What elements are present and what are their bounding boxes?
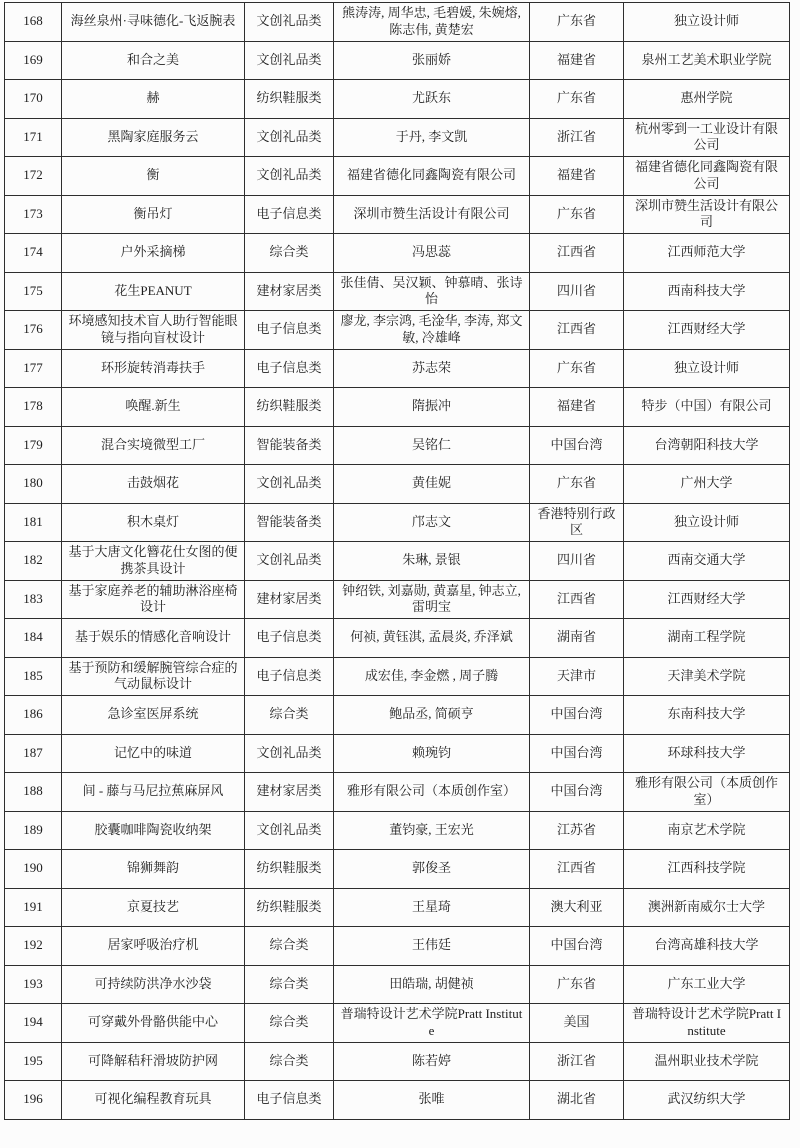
cell-category: 智能装备类 xyxy=(245,426,334,465)
cell-category: 电子信息类 xyxy=(245,619,334,658)
cell-province: 广东省 xyxy=(530,349,624,388)
cell-institution: 独立设计师 xyxy=(624,3,790,42)
cell-province: 中国台湾 xyxy=(530,927,624,966)
cell-name: 锦狮舞韵 xyxy=(62,850,245,889)
cell-no: 193 xyxy=(5,965,62,1004)
cell-institution: 天津美术学院 xyxy=(624,657,790,696)
cell-category: 综合类 xyxy=(245,234,334,273)
cell-province: 广东省 xyxy=(530,80,624,119)
cell-institution: 江西科技学院 xyxy=(624,850,790,889)
table-row: 177环形旋转消毒扶手电子信息类苏志荣广东省独立设计师 xyxy=(5,349,790,388)
cell-name: 可降解秸秆滑坡防护网 xyxy=(62,1042,245,1081)
cell-authors: 成宏佳, 李金燃 , 周子腾 xyxy=(334,657,530,696)
cell-province: 天津市 xyxy=(530,657,624,696)
cell-no: 169 xyxy=(5,41,62,80)
cell-province: 广东省 xyxy=(530,195,624,234)
cell-institution: 江西财经大学 xyxy=(624,580,790,619)
cell-institution: 东南科技大学 xyxy=(624,696,790,735)
cell-category: 电子信息类 xyxy=(245,311,334,350)
cell-province: 福建省 xyxy=(530,157,624,196)
cell-no: 195 xyxy=(5,1042,62,1081)
cell-institution: 惠州学院 xyxy=(624,80,790,119)
cell-category: 文创礼品类 xyxy=(245,3,334,42)
cell-category: 文创礼品类 xyxy=(245,157,334,196)
cell-name: 记忆中的味道 xyxy=(62,734,245,773)
cell-no: 188 xyxy=(5,773,62,812)
cell-authors: 张佳倩、吴汉颖、钟慕晴、张诗怡 xyxy=(334,272,530,311)
table-body: 168海丝泉州·寻味德化-飞返腕表文创礼品类熊涛涛, 周华忠, 毛碧媛, 朱婉熔… xyxy=(5,3,790,1120)
cell-institution: 广东工业大学 xyxy=(624,965,790,1004)
cell-authors: 朱琳, 景银 xyxy=(334,542,530,581)
cell-institution: 独立设计师 xyxy=(624,503,790,542)
cell-province: 江苏省 xyxy=(530,811,624,850)
cell-name: 衡吊灯 xyxy=(62,195,245,234)
cell-province: 四川省 xyxy=(530,542,624,581)
cell-category: 智能装备类 xyxy=(245,503,334,542)
cell-authors: 张丽娇 xyxy=(334,41,530,80)
cell-institution: 温州职业技术学院 xyxy=(624,1042,790,1081)
cell-institution: 台湾朝阳科技大学 xyxy=(624,426,790,465)
cell-province: 中国台湾 xyxy=(530,426,624,465)
cell-category: 文创礼品类 xyxy=(245,811,334,850)
cell-province: 江西省 xyxy=(530,234,624,273)
cell-name: 可视化编程教育玩具 xyxy=(62,1081,245,1120)
cell-name: 和合之美 xyxy=(62,41,245,80)
cell-province: 广东省 xyxy=(530,465,624,504)
cell-institution: 江西财经大学 xyxy=(624,311,790,350)
cell-institution: 西南交通大学 xyxy=(624,542,790,581)
cell-name: 混合实境微型工厂 xyxy=(62,426,245,465)
cell-category: 文创礼品类 xyxy=(245,118,334,157)
cell-no: 190 xyxy=(5,850,62,889)
cell-no: 174 xyxy=(5,234,62,273)
cell-name: 赫 xyxy=(62,80,245,119)
page: 168海丝泉州·寻味德化-飞返腕表文创礼品类熊涛涛, 周华忠, 毛碧媛, 朱婉熔… xyxy=(0,0,800,1148)
cell-authors: 陈若婷 xyxy=(334,1042,530,1081)
cell-no: 185 xyxy=(5,657,62,696)
cell-province: 湖南省 xyxy=(530,619,624,658)
cell-name: 胶囊咖啡陶瓷收纳架 xyxy=(62,811,245,850)
cell-no: 176 xyxy=(5,311,62,350)
cell-province: 美国 xyxy=(530,1004,624,1043)
table-row: 173衡吊灯电子信息类深圳市赞生活设计有限公司广东省深圳市赞生活设计有限公司 xyxy=(5,195,790,234)
cell-category: 综合类 xyxy=(245,1004,334,1043)
cell-category: 文创礼品类 xyxy=(245,465,334,504)
awards-table: 168海丝泉州·寻味德化-飞返腕表文创礼品类熊涛涛, 周华忠, 毛碧媛, 朱婉熔… xyxy=(4,2,790,1120)
table-row: 175花生PEANUT建材家居类张佳倩、吴汉颖、钟慕晴、张诗怡四川省西南科技大学 xyxy=(5,272,790,311)
cell-authors: 普瑞特设计艺术学院Pratt Institute xyxy=(334,1004,530,1043)
cell-institution: 环球科技大学 xyxy=(624,734,790,773)
table-row: 185基于预防和缓解腕管综合症的气动鼠标设计电子信息类成宏佳, 李金燃 , 周子… xyxy=(5,657,790,696)
cell-category: 建材家居类 xyxy=(245,272,334,311)
table-row: 189胶囊咖啡陶瓷收纳架文创礼品类董钧豪, 王宏光江苏省南京艺术学院 xyxy=(5,811,790,850)
cell-no: 175 xyxy=(5,272,62,311)
cell-category: 综合类 xyxy=(245,1042,334,1081)
cell-institution: 特步（中国）有限公司 xyxy=(624,388,790,427)
cell-no: 183 xyxy=(5,580,62,619)
cell-province: 浙江省 xyxy=(530,1042,624,1081)
cell-no: 172 xyxy=(5,157,62,196)
cell-province: 中国台湾 xyxy=(530,734,624,773)
cell-institution: 普瑞特设计艺术学院Pratt Institute xyxy=(624,1004,790,1043)
cell-category: 电子信息类 xyxy=(245,657,334,696)
cell-category: 文创礼品类 xyxy=(245,542,334,581)
cell-institution: 南京艺术学院 xyxy=(624,811,790,850)
table-row: 186急诊室医屏系统综合类鲍品丞, 简硕亨中国台湾东南科技大学 xyxy=(5,696,790,735)
cell-name: 环境感知技术盲人助行智能眼镜与指向盲杖设计 xyxy=(62,311,245,350)
cell-name: 花生PEANUT xyxy=(62,272,245,311)
cell-province: 广东省 xyxy=(530,3,624,42)
table-row: 174户外采摘梯综合类冯思蕊江西省江西师范大学 xyxy=(5,234,790,273)
cell-authors: 张唯 xyxy=(334,1081,530,1120)
cell-name: 基于娱乐的情感化音响设计 xyxy=(62,619,245,658)
cell-category: 电子信息类 xyxy=(245,349,334,388)
cell-province: 福建省 xyxy=(530,41,624,80)
cell-province: 江西省 xyxy=(530,580,624,619)
cell-province: 中国台湾 xyxy=(530,696,624,735)
cell-authors: 熊涛涛, 周华忠, 毛碧媛, 朱婉熔, 陈志伟, 黄楚宏 xyxy=(334,3,530,42)
cell-no: 181 xyxy=(5,503,62,542)
cell-authors: 深圳市赞生活设计有限公司 xyxy=(334,195,530,234)
cell-province: 四川省 xyxy=(530,272,624,311)
cell-no: 191 xyxy=(5,888,62,927)
cell-name: 基于预防和缓解腕管综合症的气动鼠标设计 xyxy=(62,657,245,696)
cell-province: 福建省 xyxy=(530,388,624,427)
cell-authors: 鲍品丞, 简硕亨 xyxy=(334,696,530,735)
table-row: 192居家呼吸治疗机综合类王伟廷中国台湾台湾高雄科技大学 xyxy=(5,927,790,966)
cell-category: 纺织鞋服类 xyxy=(245,850,334,889)
cell-authors: 钟绍铁, 刘嘉勋, 黄嘉星, 钟志立, 雷明宝 xyxy=(334,580,530,619)
cell-no: 168 xyxy=(5,3,62,42)
table-row: 171黑陶家庭服务云文创礼品类于丹, 李文凯浙江省杭州零到一工业设计有限公司 xyxy=(5,118,790,157)
cell-province: 广东省 xyxy=(530,965,624,1004)
cell-no: 171 xyxy=(5,118,62,157)
cell-institution: 西南科技大学 xyxy=(624,272,790,311)
table-row: 168海丝泉州·寻味德化-飞返腕表文创礼品类熊涛涛, 周华忠, 毛碧媛, 朱婉熔… xyxy=(5,3,790,42)
cell-institution: 江西师范大学 xyxy=(624,234,790,273)
cell-name: 环形旋转消毒扶手 xyxy=(62,349,245,388)
cell-name: 击鼓烟花 xyxy=(62,465,245,504)
cell-no: 173 xyxy=(5,195,62,234)
cell-institution: 杭州零到一工业设计有限公司 xyxy=(624,118,790,157)
table-row: 179混合实境微型工厂智能装备类吴铭仁中国台湾台湾朝阳科技大学 xyxy=(5,426,790,465)
cell-no: 196 xyxy=(5,1081,62,1120)
cell-name: 急诊室医屏系统 xyxy=(62,696,245,735)
cell-authors: 田皓瑞, 胡健祯 xyxy=(334,965,530,1004)
table-row: 196可视化编程教育玩具电子信息类张唯湖北省武汉纺织大学 xyxy=(5,1081,790,1120)
cell-authors: 赖琬钧 xyxy=(334,734,530,773)
table-row: 190锦狮舞韵纺织鞋服类郭俊圣江西省江西科技学院 xyxy=(5,850,790,889)
cell-authors: 何祯, 黄钰淇, 孟晨炎, 乔泽斌 xyxy=(334,619,530,658)
cell-category: 建材家居类 xyxy=(245,580,334,619)
cell-institution: 湖南工程学院 xyxy=(624,619,790,658)
cell-no: 170 xyxy=(5,80,62,119)
table-row: 187记忆中的味道文创礼品类赖琬钧中国台湾环球科技大学 xyxy=(5,734,790,773)
table-row: 178唤醒.新生纺织鞋服类隋振冲福建省特步（中国）有限公司 xyxy=(5,388,790,427)
cell-authors: 邝志文 xyxy=(334,503,530,542)
cell-name: 衡 xyxy=(62,157,245,196)
cell-institution: 独立设计师 xyxy=(624,349,790,388)
cell-authors: 福建省德化同鑫陶瓷有限公司 xyxy=(334,157,530,196)
cell-category: 纺织鞋服类 xyxy=(245,80,334,119)
cell-category: 综合类 xyxy=(245,927,334,966)
table-row: 195可降解秸秆滑坡防护网综合类陈若婷浙江省温州职业技术学院 xyxy=(5,1042,790,1081)
cell-province: 中国台湾 xyxy=(530,773,624,812)
cell-name: 间 - 藤与马尼拉蕉麻屏风 xyxy=(62,773,245,812)
cell-name: 居家呼吸治疗机 xyxy=(62,927,245,966)
cell-name: 可穿戴外骨骼供能中心 xyxy=(62,1004,245,1043)
cell-no: 186 xyxy=(5,696,62,735)
cell-name: 唤醒.新生 xyxy=(62,388,245,427)
cell-authors: 吴铭仁 xyxy=(334,426,530,465)
table-row: 176环境感知技术盲人助行智能眼镜与指向盲杖设计电子信息类廖龙, 李宗鸿, 毛淦… xyxy=(5,311,790,350)
table-row: 172衡文创礼品类福建省德化同鑫陶瓷有限公司福建省福建省德化同鑫陶瓷有限公司 xyxy=(5,157,790,196)
cell-no: 192 xyxy=(5,927,62,966)
cell-no: 178 xyxy=(5,388,62,427)
cell-institution: 广州大学 xyxy=(624,465,790,504)
table-row: 194可穿戴外骨骼供能中心综合类普瑞特设计艺术学院Pratt Institute… xyxy=(5,1004,790,1043)
cell-category: 建材家居类 xyxy=(245,773,334,812)
cell-no: 189 xyxy=(5,811,62,850)
table-row: 193可持续防洪净水沙袋综合类田皓瑞, 胡健祯广东省广东工业大学 xyxy=(5,965,790,1004)
cell-name: 可持续防洪净水沙袋 xyxy=(62,965,245,1004)
cell-name: 基于家庭养老的辅助淋浴座椅设计 xyxy=(62,580,245,619)
cell-authors: 苏志荣 xyxy=(334,349,530,388)
cell-category: 电子信息类 xyxy=(245,195,334,234)
cell-category: 文创礼品类 xyxy=(245,734,334,773)
cell-name: 基于大唐文化簪花仕女图的便携茶具设计 xyxy=(62,542,245,581)
cell-no: 187 xyxy=(5,734,62,773)
cell-authors: 董钧豪, 王宏光 xyxy=(334,811,530,850)
cell-province: 江西省 xyxy=(530,311,624,350)
table-row: 181积木桌灯智能装备类邝志文香港特别行政区独立设计师 xyxy=(5,503,790,542)
cell-no: 184 xyxy=(5,619,62,658)
table-row: 170赫纺织鞋服类尤跃东广东省惠州学院 xyxy=(5,80,790,119)
cell-authors: 王伟廷 xyxy=(334,927,530,966)
cell-authors: 于丹, 李文凯 xyxy=(334,118,530,157)
cell-institution: 泉州工艺美术职业学院 xyxy=(624,41,790,80)
table-row: 182基于大唐文化簪花仕女图的便携茶具设计文创礼品类朱琳, 景银四川省西南交通大… xyxy=(5,542,790,581)
cell-institution: 澳洲新南威尔士大学 xyxy=(624,888,790,927)
cell-authors: 冯思蕊 xyxy=(334,234,530,273)
cell-authors: 隋振冲 xyxy=(334,388,530,427)
cell-category: 纺织鞋服类 xyxy=(245,888,334,927)
cell-name: 京夏技艺 xyxy=(62,888,245,927)
cell-name: 黑陶家庭服务云 xyxy=(62,118,245,157)
cell-category: 文创礼品类 xyxy=(245,41,334,80)
cell-category: 电子信息类 xyxy=(245,1081,334,1120)
cell-name: 海丝泉州·寻味德化-飞返腕表 xyxy=(62,3,245,42)
cell-name: 积木桌灯 xyxy=(62,503,245,542)
cell-authors: 雅形有限公司（本质创作室） xyxy=(334,773,530,812)
cell-authors: 尤跃东 xyxy=(334,80,530,119)
cell-institution: 武汉纺织大学 xyxy=(624,1081,790,1120)
cell-institution: 台湾高雄科技大学 xyxy=(624,927,790,966)
cell-no: 182 xyxy=(5,542,62,581)
cell-category: 综合类 xyxy=(245,965,334,1004)
cell-no: 179 xyxy=(5,426,62,465)
cell-category: 综合类 xyxy=(245,696,334,735)
cell-authors: 王星琦 xyxy=(334,888,530,927)
table-row: 191京夏技艺纺织鞋服类王星琦澳大利亚澳洲新南威尔士大学 xyxy=(5,888,790,927)
cell-province: 浙江省 xyxy=(530,118,624,157)
table-row: 169和合之美文创礼品类张丽娇福建省泉州工艺美术职业学院 xyxy=(5,41,790,80)
cell-no: 180 xyxy=(5,465,62,504)
cell-institution: 福建省德化同鑫陶瓷有限公司 xyxy=(624,157,790,196)
table-row: 183基于家庭养老的辅助淋浴座椅设计建材家居类钟绍铁, 刘嘉勋, 黄嘉星, 钟志… xyxy=(5,580,790,619)
cell-institution: 深圳市赞生活设计有限公司 xyxy=(624,195,790,234)
cell-category: 纺织鞋服类 xyxy=(245,388,334,427)
cell-authors: 廖龙, 李宗鸿, 毛淦华, 李涛, 郑文敏, 冷雄峰 xyxy=(334,311,530,350)
cell-province: 香港特别行政区 xyxy=(530,503,624,542)
table-row: 184基于娱乐的情感化音响设计电子信息类何祯, 黄钰淇, 孟晨炎, 乔泽斌湖南省… xyxy=(5,619,790,658)
cell-name: 户外采摘梯 xyxy=(62,234,245,273)
table-row: 180击鼓烟花文创礼品类黄佳妮广东省广州大学 xyxy=(5,465,790,504)
cell-no: 194 xyxy=(5,1004,62,1043)
cell-province: 湖北省 xyxy=(530,1081,624,1120)
cell-no: 177 xyxy=(5,349,62,388)
cell-authors: 黄佳妮 xyxy=(334,465,530,504)
cell-authors: 郭俊圣 xyxy=(334,850,530,889)
cell-province: 澳大利亚 xyxy=(530,888,624,927)
cell-institution: 雅形有限公司（本质创作室） xyxy=(624,773,790,812)
cell-province: 江西省 xyxy=(530,850,624,889)
table-row: 188间 - 藤与马尼拉蕉麻屏风建材家居类雅形有限公司（本质创作室）中国台湾雅形… xyxy=(5,773,790,812)
